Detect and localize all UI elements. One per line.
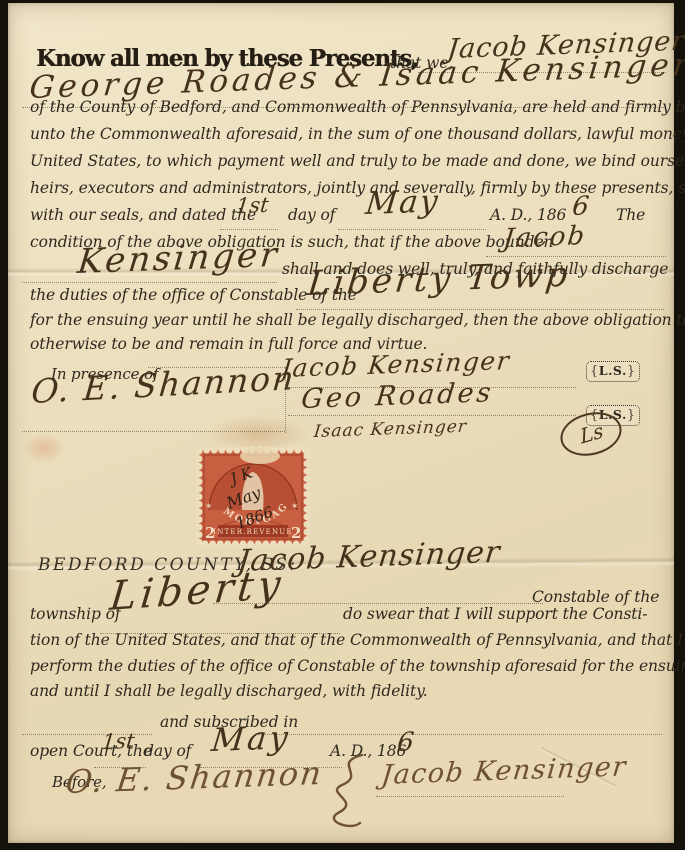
fill-line xyxy=(296,309,664,310)
oath-handwritten-month: May xyxy=(210,721,292,756)
stamp-damage-blotch xyxy=(240,448,280,464)
document-paper: Know all men by these Presents, that we,… xyxy=(8,3,674,843)
fill-line xyxy=(258,734,662,735)
seal-scrawl-text: Ls xyxy=(579,420,604,446)
seal-brace-right: } xyxy=(627,364,636,379)
scanned-document-photo: { "colors":{ "background":"#14100a", "pa… xyxy=(0,0,685,850)
constable-of-label: Constable of the xyxy=(532,588,659,606)
oath-handwritten-year-digit: 6 xyxy=(396,729,415,756)
handwritten-bounden-first: Jacob xyxy=(502,223,587,252)
revenue-stamp: MORTGAGE ✶ ✶ INTER.REVENUE 2 2 J K May 1… xyxy=(196,446,310,548)
stamp-star-right-icon: ✶ xyxy=(291,502,299,512)
stain-left-margin xyxy=(22,433,66,463)
ensuing-year-clause: for the ensuing year until he shall be l… xyxy=(30,311,685,329)
fill-line xyxy=(220,229,278,230)
stamp-denomination-right: 2 xyxy=(291,524,301,542)
bond-line-1: of the County of Bedford, and Commonweal… xyxy=(30,98,685,116)
fill-line xyxy=(376,796,564,797)
signature-surety-1: Geo Roades xyxy=(300,379,495,413)
handwritten-year-digit: 6 xyxy=(571,193,590,220)
seal-ls-1: {L.S.} xyxy=(586,361,640,382)
oath-line-3: perform the duties of the office of Cons… xyxy=(30,657,685,675)
handwritten-office: Liberty Towp xyxy=(306,258,572,301)
oath-line-4: and until I shall be legally discharged,… xyxy=(30,682,428,700)
stamp-banner-text: INTER.REVENUE xyxy=(213,528,292,536)
signature-surety-2: Isaac Kensinger xyxy=(313,419,468,441)
oath-line-2: tion of the United States, and that of t… xyxy=(30,631,685,649)
handwritten-bounden-last: Kensinger xyxy=(76,238,281,279)
signature-line xyxy=(288,415,576,416)
signature-flourish xyxy=(322,751,374,847)
witness-box-bottom-line xyxy=(22,431,285,432)
seal-brace-left: { xyxy=(590,364,599,379)
oath-day-of-label: day of xyxy=(144,742,191,760)
township-of-label: township of xyxy=(30,605,121,623)
day-of-label: day of xyxy=(288,206,335,224)
seal-brace-right: } xyxy=(627,408,636,423)
handwritten-day: 1st xyxy=(235,195,270,217)
oath-line-1: do swear that I will support the Consti- xyxy=(343,605,647,623)
handwritten-month: May xyxy=(364,186,441,220)
witness-box-top-line xyxy=(148,367,285,368)
stamp-star-left-icon: ✶ xyxy=(205,502,213,512)
signature-principal: Jacob Kensinger xyxy=(280,348,512,381)
seal-label: L.S. xyxy=(599,363,627,378)
stamp-denomination-left: 2 xyxy=(205,524,215,542)
bond-line-3: United States, to which payment well and… xyxy=(30,152,685,170)
bond-line-2: unto the Commonwealth aforesaid, in the … xyxy=(30,125,685,143)
fill-line xyxy=(338,229,486,230)
oath-handwritten-day: 1st xyxy=(101,731,136,753)
handwritten-township: Liberty xyxy=(108,564,286,617)
fill-line xyxy=(22,282,277,283)
the-word: The xyxy=(616,206,645,224)
dated-clause: with our seals, and dated the xyxy=(30,206,256,224)
justice-signature: O. E. Shannon xyxy=(64,757,325,798)
oath-signature: Jacob Kensinger xyxy=(380,753,628,789)
